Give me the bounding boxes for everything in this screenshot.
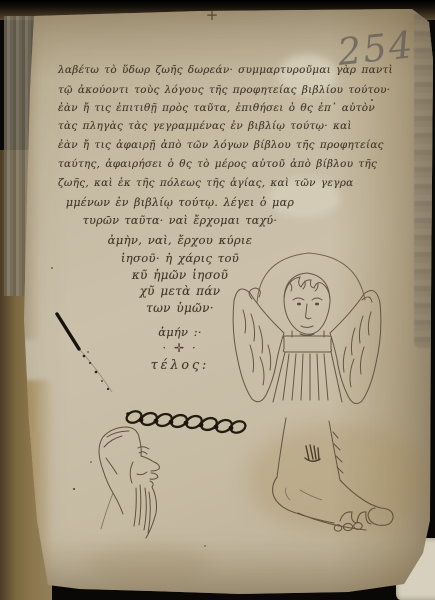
page-vignette — [0, 0, 435, 600]
manuscript-photo: { "page": { "folio_number": "254", "top_… — [0, 0, 435, 600]
parchment-leaf: + 254 λαβέτω τὸ ὕδωρ ζωῆς δωρεάν· συμμαρ… — [0, 0, 435, 600]
